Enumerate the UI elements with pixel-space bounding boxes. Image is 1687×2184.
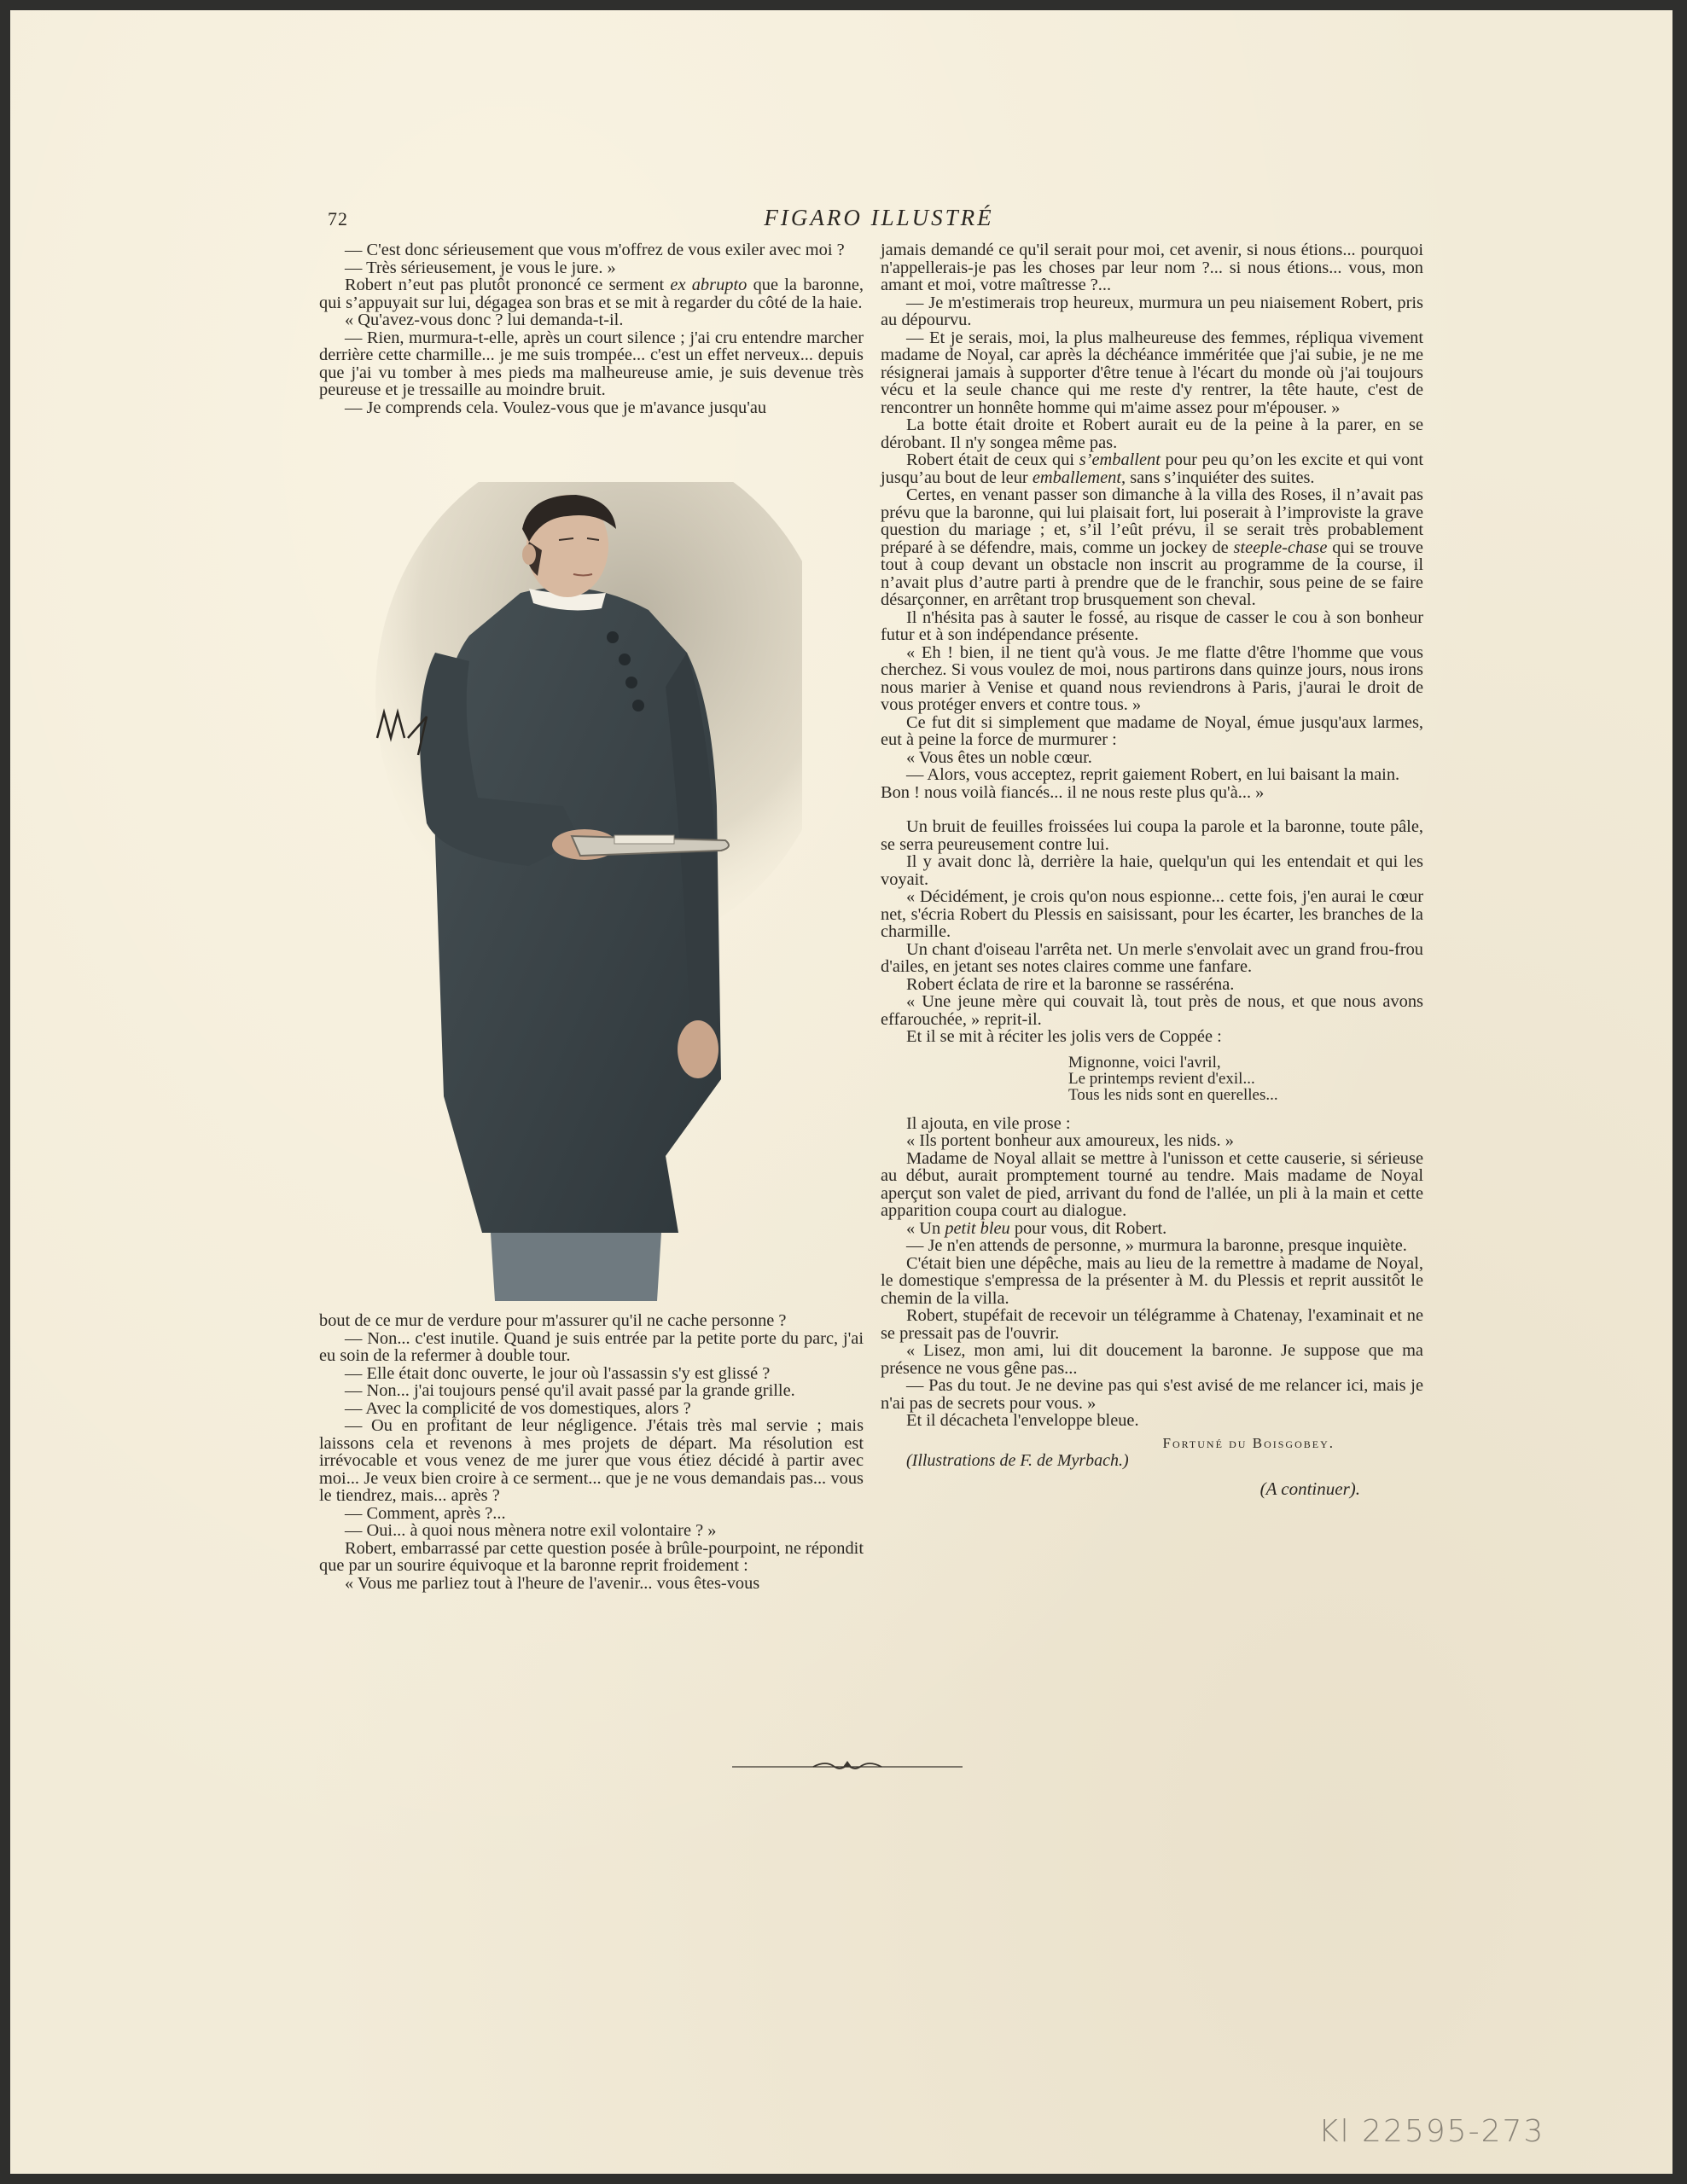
paragraph: — Je m'estimerais trop heureux, murmura … — [881, 294, 1423, 329]
paragraph: Madame de Noyal allait se mettre à l'uni… — [881, 1150, 1423, 1220]
archive-catalog-number: Kl 22595-273 — [1318, 2114, 1544, 2149]
paragraph: Un chant d'oiseau l'arrêta net. Un merle… — [881, 941, 1423, 976]
paragraph: « Vous êtes un noble cœur. — [881, 749, 1423, 767]
paragraph: Robert, stupéfait de recevoir un télégra… — [881, 1307, 1423, 1342]
paragraph: — Je n'en attends de personne, » murmura… — [881, 1237, 1423, 1255]
paragraph: « Une jeune mère qui couvait là, tout pr… — [881, 993, 1423, 1028]
paragraph: — Non... j'ai toujours pensé qu'il avait… — [319, 1382, 864, 1400]
paragraph: — Alors, vous acceptez, reprit gaiement … — [881, 766, 1423, 801]
paragraph: — C'est donc sérieusement que vous m'off… — [319, 241, 864, 259]
paragraph: La botte était droite et Robert aurait e… — [881, 416, 1423, 451]
verse-line: Mignonne, voici l'avril, — [1068, 1054, 1423, 1071]
paragraph: — Rien, murmura-t-elle, après un court s… — [319, 329, 864, 399]
emphasis: ex abrupto — [670, 276, 747, 294]
to-be-continued: (A continuer). — [881, 1480, 1423, 1498]
paragraph: « Vous me parliez tout à l'heure de l'av… — [319, 1575, 864, 1593]
illustration-credit: (Illustrations de F. de Myrbach.) — [881, 1452, 1423, 1470]
emphasis: emballement, — [1033, 468, 1126, 487]
footman-illustration — [375, 482, 802, 1301]
paragraph: Et il décacheta l'enveloppe bleue. — [881, 1412, 1423, 1430]
verse-line: Tous les nids sont en querelles... — [1068, 1087, 1423, 1103]
author-signature: Fortuné du Boisgobey. — [881, 1435, 1423, 1453]
paragraph: — Oui... à quoi nous mènera notre exil v… — [319, 1522, 864, 1540]
paragraph: Il n'hésita pas à sauter le fossé, au ri… — [881, 609, 1423, 644]
paragraph: Ce fut dit si simplement que madame de N… — [881, 714, 1423, 749]
paragraph: Il ajouta, en vile prose : — [881, 1115, 1423, 1133]
paragraph: Robert n’eut pas plutôt prononcé ce serm… — [319, 276, 864, 311]
paragraph: — Pas du tout. Je ne devine pas qui s'es… — [881, 1377, 1423, 1412]
paragraph: — Ou en profitant de leur négligence. J'… — [319, 1417, 864, 1505]
section-break — [881, 801, 1423, 818]
paragraph: « Qu'avez-vous donc ? lui demanda-t-il. — [319, 311, 864, 329]
paragraph: « Décidément, je crois qu'on nous espion… — [881, 888, 1423, 941]
paragraph: Robert, embarrassé par cette question po… — [319, 1540, 864, 1575]
paragraph: — Comment, après ?... — [319, 1505, 864, 1523]
running-head: 72 FIGARO ILLUSTRÉ — [317, 205, 1440, 239]
emphasis: steeple-chase — [1234, 538, 1328, 557]
verse-line: Le printemps revient d'exil... — [1068, 1071, 1423, 1087]
paragraph: Certes, en venant passer son dimanche à … — [881, 486, 1423, 609]
paragraph: — Elle était donc ouverte, le jour où l'… — [319, 1365, 864, 1383]
paragraph: « Lisez, mon ami, lui dit doucement la b… — [881, 1342, 1423, 1377]
paragraph: Robert était de ceux qui s’emballent pou… — [881, 451, 1423, 486]
paragraph: — Je comprends cela. Voulez-vous que je … — [319, 399, 864, 417]
paragraph: Robert éclata de rire et la baronne se r… — [881, 976, 1423, 994]
paragraph: — Et je serais, moi, la plus malheureuse… — [881, 329, 1423, 417]
paragraph: — Très sérieusement, je vous le jure. » — [319, 259, 864, 277]
paragraph: Il y avait donc là, derrière la haie, qu… — [881, 853, 1423, 888]
left-column-top: — C'est donc sérieusement que vous m'off… — [319, 241, 864, 416]
paragraph: « Ils portent bonheur aux amoureux, les … — [881, 1132, 1423, 1150]
text-run: Robert n’eut pas plutôt prononcé ce serm… — [345, 276, 670, 294]
paragraph: « Un petit bleu pour vous, dit Robert. — [881, 1220, 1423, 1238]
paragraph: — Non... c'est inutile. Quand je suis en… — [319, 1330, 864, 1365]
paragraph: Et il se mit à réciter les jolis vers de… — [881, 1028, 1423, 1046]
paragraph: C'était bien une dépêche, mais au lieu d… — [881, 1255, 1423, 1308]
right-column: jamais demandé ce qu'il serait pour moi,… — [881, 241, 1423, 1497]
verse-quote: Mignonne, voici l'avril, Le printemps re… — [1068, 1054, 1423, 1103]
decorative-rule-ornament — [732, 1757, 963, 1774]
paragraph: — Avec la complicité de vos domestiques,… — [319, 1400, 864, 1418]
paragraph: jamais demandé ce qu'il serait pour moi,… — [881, 241, 1423, 294]
emphasis: s’emballent — [1079, 450, 1161, 469]
left-column-bottom: bout de ce mur de verdure pour m'assurer… — [319, 1312, 864, 1592]
emphasis: petit bleu — [945, 1219, 1009, 1238]
paragraph: Un bruit de feuilles froissées lui coupa… — [881, 818, 1423, 853]
journal-title: FIGARO ILLUSTRÉ — [317, 205, 1440, 231]
paragraph: bout de ce mur de verdure pour m'assurer… — [319, 1312, 864, 1330]
paragraph: « Eh ! bien, il ne tient qu'à vous. Je m… — [881, 644, 1423, 714]
